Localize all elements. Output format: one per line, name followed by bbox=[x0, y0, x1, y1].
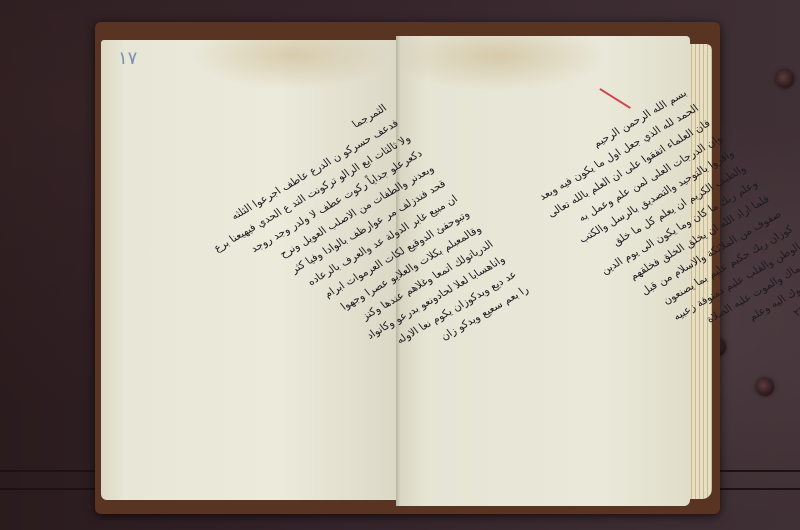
cover-stud bbox=[756, 378, 774, 396]
cover-stud bbox=[776, 70, 794, 88]
water-stain bbox=[191, 40, 391, 90]
water-stain bbox=[398, 36, 608, 91]
folio-number: ١٧ bbox=[118, 48, 137, 69]
